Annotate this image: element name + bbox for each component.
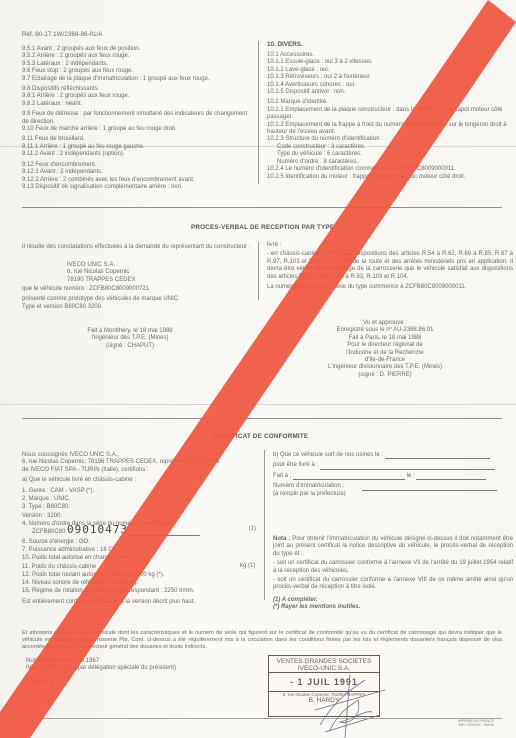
- document-page: Réf. 80-17.1W/2368-86-01/A 9.5.1 Avant :…: [0, 0, 516, 738]
- note-item: - soit un certificat du carrossier confo…: [273, 560, 513, 575]
- sign-line: Enregistré sous le nº AU-2368.86.01: [300, 327, 470, 334]
- cert-items: 1. Genre : CAM - VASP (*).2. Marque : UN…: [22, 487, 179, 528]
- intro-line: Nous soussignés IVECO UNIC S.A.,: [22, 452, 219, 459]
- spec-line: 10.2.3 Structure du numéro d'identificat…: [267, 136, 513, 143]
- attestation: Et attestons en outre que le véhicule do…: [22, 630, 502, 650]
- serial-prefix: ZCFB80C80: [32, 529, 65, 535]
- spec-line: 9.8.2 Latéraux : néant.: [22, 101, 254, 108]
- serial-field: ZCFB80C80 09010473 (1): [32, 526, 256, 536]
- reference-number: Réf. 80-17.1W/2368-86-01/A: [22, 31, 103, 38]
- company-street: 6, rue Nicolas Copernic: [67, 269, 136, 276]
- serial-blank: [130, 529, 200, 536]
- pv-right-column: livré : - en châssis-cabine satisfait au…: [258, 242, 513, 300]
- spec-line: 9.12 Feux d'encombrement.: [22, 162, 254, 169]
- cert-right-column: b) Que ce véhicule sort de nos usines le…: [264, 450, 513, 600]
- spec-line: 10.1.4 Avertisseurs sonores : oui.: [267, 82, 513, 89]
- sign-line: Pour le directeur régional de: [300, 342, 470, 349]
- livre-field[interactable]: [320, 463, 495, 470]
- section-10-title: 10. DIVERS.: [267, 41, 513, 48]
- divider: [22, 418, 502, 419]
- spec-group: 9.9 Feux de détresse : par fonctionnemen…: [22, 111, 254, 133]
- cert-intro: Nous soussignés IVECO UNIC S.A., 6, rue …: [22, 452, 219, 474]
- cert-items-2: 6. Source d'énergie : GO.7. Puissance ad…: [22, 538, 260, 595]
- printer-line: IMP. LEROUX - PARIS: [458, 723, 494, 727]
- sign-line: (signé : D. PIERRE): [300, 372, 470, 379]
- spec-line: 9.5.1 Avant : 2 groupés aux feux de posi…: [22, 46, 254, 53]
- spec-line: 9.6 Feux stop : 2 groupés aux feux rouge…: [22, 68, 254, 75]
- cert-note: Nota : Pour obtenir l'immatriculation du…: [273, 536, 513, 558]
- pv-numerotation: La numérotation dans la série du type co…: [267, 284, 513, 291]
- intro-line: 6, rue Nicolas Copernic, 78196 TRAPPES C…: [22, 459, 219, 466]
- fait-label: Fait à :: [273, 473, 291, 479]
- serial-handwritten: 09010473: [67, 523, 128, 536]
- note-text: Pour obtenir l'immatriculation du véhicu…: [273, 536, 513, 557]
- trappes-date: Trappes le :: [26, 680, 57, 687]
- cert-item: 10. Poids total autorisé en charge : 940…: [22, 554, 260, 562]
- cert-item: 12. Poids total roulant autorisé : 13400…: [22, 571, 260, 579]
- spec-line: 10.1.1 Essuie-glace : oui 3 à 2 vitesses…: [267, 59, 513, 66]
- spec-line: Type du véhicule : 6 caractères.: [267, 151, 513, 158]
- spec-line: 10.2.5 Identification du moteur : frappe…: [267, 174, 513, 181]
- pv-left-signature: Fait à Montlhéry, le 18 mai 1988 l'ingén…: [60, 328, 200, 350]
- pv-type: Type et version B80C80 3200.: [22, 304, 103, 311]
- spec-group: 10.1 Accessoires.10.1.1 Essuie-glace : o…: [267, 52, 513, 96]
- sign-line: L'ingénieur divisionnaire des T.P.E. (Mi…: [300, 364, 470, 371]
- spec-line: 9.10 Feux de marche arrière : 1 groupé a…: [22, 126, 254, 133]
- section-9-lighting: 9.5.1 Avant : 2 groupés aux feux de posi…: [22, 46, 254, 194]
- immat-field[interactable]: [362, 484, 497, 491]
- pv-prototype: présenté comme prototype des véhicules d…: [22, 296, 178, 303]
- le-label: le :: [407, 473, 415, 479]
- divider: [22, 718, 502, 719]
- cert-item: 11. Poids du châssis-cabine: [22, 563, 260, 571]
- note-item: - soit un certificat du carrossier confo…: [273, 577, 513, 592]
- pv-livre-text: - en châssis-cabine satisfait aux dispos…: [267, 251, 513, 281]
- delegation: IVECO UNIC S.A. (par délégation spéciale…: [26, 665, 176, 672]
- spec-group: 9.8 Dispositifs réfléchissants.9.8.1 Arr…: [22, 86, 254, 108]
- sign-line: l'Industrie et de la Recherche: [300, 350, 470, 357]
- sign-line: (signé : CHAPUT): [60, 343, 200, 350]
- sign-line: Fait à Montlhéry, le 18 mai 1988: [60, 328, 200, 335]
- immat-label: Numéro d'immatriculation :: [273, 483, 344, 489]
- spec-line: 9.5.2 Arrière : 2 groupés aux feux rouge…: [22, 53, 254, 60]
- fold-line: [0, 404, 516, 405]
- spec-line: 9.11 Feux de brouillard.: [22, 136, 254, 143]
- spec-line: 9.13 Dispositif de signalisation complém…: [22, 184, 254, 191]
- footnote: (1) A compléter.: [273, 597, 513, 604]
- cert-item: 6. Source d'énergie : GO.: [22, 538, 260, 546]
- cert-a-label: a) Que le véhicule livré en châssis-cabi…: [22, 477, 136, 484]
- cert-item: 14. Niveau sonore de référence : 92 dB (…: [22, 579, 260, 587]
- le-field[interactable]: [416, 473, 486, 480]
- spec-line: 9.8 Dispositifs réfléchissants.: [22, 86, 254, 93]
- spec-line: 9.5.3 Latéraux : 2 indépendants.: [22, 61, 254, 68]
- spec-line: 10.2.1 Emplacement de la plaque construc…: [267, 107, 513, 122]
- spec-line: Numéro d'ordre : 8 caractères.: [267, 159, 513, 166]
- cert-item: 15. Régime de rotation du moteur lui cor…: [22, 587, 260, 595]
- certificat-title: CERTIFICAT DE CONFORMITE: [212, 433, 308, 440]
- sign-line: l'ingénieur des T.P.E. (Mines): [60, 335, 200, 342]
- spec-group: 9.12 Feux d'encombrement.9.12.1 Avant : …: [22, 162, 254, 192]
- spec-group: 9.5.1 Avant : 2 groupés aux feux de posi…: [22, 46, 254, 83]
- spec-group: 10.2 Marque d'identité.10.2.1 Emplacemen…: [267, 99, 513, 180]
- section-10-divers: 10. DIVERS. 10.1 Accessoires.10.1.1 Essu…: [258, 41, 513, 184]
- stamp-line: VENTES GRANDES SOCIETES: [269, 656, 379, 665]
- signature-scribble: [310, 670, 390, 738]
- fait-field[interactable]: [293, 473, 405, 480]
- section-10-list: 10.1 Accessoires.10.1.1 Essuie-glace : o…: [267, 52, 513, 181]
- proces-verbal-title: PROCES-VERBAL DE RECEPTION PAR TYPE: [191, 224, 334, 231]
- pv-vehicle-number: que le véhicule numéro : ZCFB80C80090007…: [22, 286, 149, 293]
- note-label: Nota :: [273, 536, 290, 542]
- spec-line: 9.11.2 Avant : 2 indépendants (option).: [22, 151, 254, 158]
- spec-line: Code constructeur : 3 caractères.: [267, 144, 513, 151]
- pv-company: IVECO UNIC S.A. 6, rue Nicolas Copernic …: [67, 262, 136, 284]
- spec-line: 10.1 Accessoires.: [267, 52, 513, 59]
- livre-label: pour être livré à :: [273, 462, 318, 468]
- pv-livre: livré :: [267, 242, 513, 249]
- spec-line: 10.1.5 Dispositif antivol : non.: [267, 89, 513, 96]
- intro-line: de IVECO FIAT SPA - TURIN (Italie), cert…: [22, 467, 219, 474]
- spec-line: 9.8.1 Arrière : 2 groupés aux feux rouge…: [22, 93, 254, 100]
- spec-line: 10.1.3 Rétroviseurs : oui 2 à l'extérieu…: [267, 74, 513, 81]
- spec-line: 9.12.2 Arrière : 2 combinés avec les feu…: [22, 177, 254, 184]
- sort-label: b) Que ce véhicule sort de nos usines le…: [273, 452, 383, 458]
- spec-line: 10.2.4 Le numéro d'identification commen…: [267, 166, 513, 173]
- footnote-mark: (1): [249, 526, 256, 533]
- spec-group: 9.11 Feux de brouillard.9.11.1 Arrière :…: [22, 136, 254, 158]
- cert-item: 1. Genre : CAM - VASP (*).: [22, 487, 179, 495]
- cert-item: Version : 3200.: [22, 512, 179, 520]
- spec-line: 10.1.2 Lave-glace : oui.: [267, 67, 513, 74]
- company-name: IVECO UNIC S.A.: [67, 262, 136, 269]
- spec-line: 10.2 Marque d'identité.: [267, 99, 513, 106]
- cert-item: 7. Puissance administrative : 16 CV.: [22, 546, 260, 554]
- spec-line: 9.9 Feux de détresse : par fonctionnemen…: [22, 111, 254, 126]
- cert-conforme: Est entièrement conforme au type et à la…: [22, 599, 195, 606]
- cert-item: 2. Marque : UNIC.: [22, 495, 179, 503]
- company-city: 78190 TRAPPES CEDEX: [67, 277, 136, 284]
- spec-line: 10.2.2 Emplacement de la frappe à froid …: [267, 122, 513, 137]
- sort-date-field[interactable]: [385, 452, 490, 459]
- spec-line: 9.11.1 Arrière : 1 groupé au feu rouge g…: [22, 144, 254, 151]
- spec-line: 9.7 Eclairage de la plaque d'immatricula…: [22, 76, 254, 83]
- pv-right-signature: Vu et approuvé :Enregistré sous le nº AU…: [300, 320, 470, 379]
- printer-mark: IMPRIMÉ EN FRANCE IMP. LEROUX - PARIS: [458, 719, 494, 727]
- divider: [22, 207, 502, 208]
- cert-item: 3. Type : B80C80.: [22, 503, 179, 511]
- kg-mark: kg (1): [240, 563, 255, 570]
- immat-note: (à remplir par la préfecture): [273, 491, 513, 498]
- footnote: (*) Rayer les mentions inutiles.: [273, 604, 513, 611]
- sign-line: Fait à Paris, le 18 mai 1988: [300, 335, 470, 342]
- sign-line: d'Ile-de-France: [300, 357, 470, 364]
- pv-intro: Il résulte des constatations effectuées …: [22, 244, 254, 251]
- spec-line: 9.12.1 Avant : 2 indépendants.: [22, 169, 254, 176]
